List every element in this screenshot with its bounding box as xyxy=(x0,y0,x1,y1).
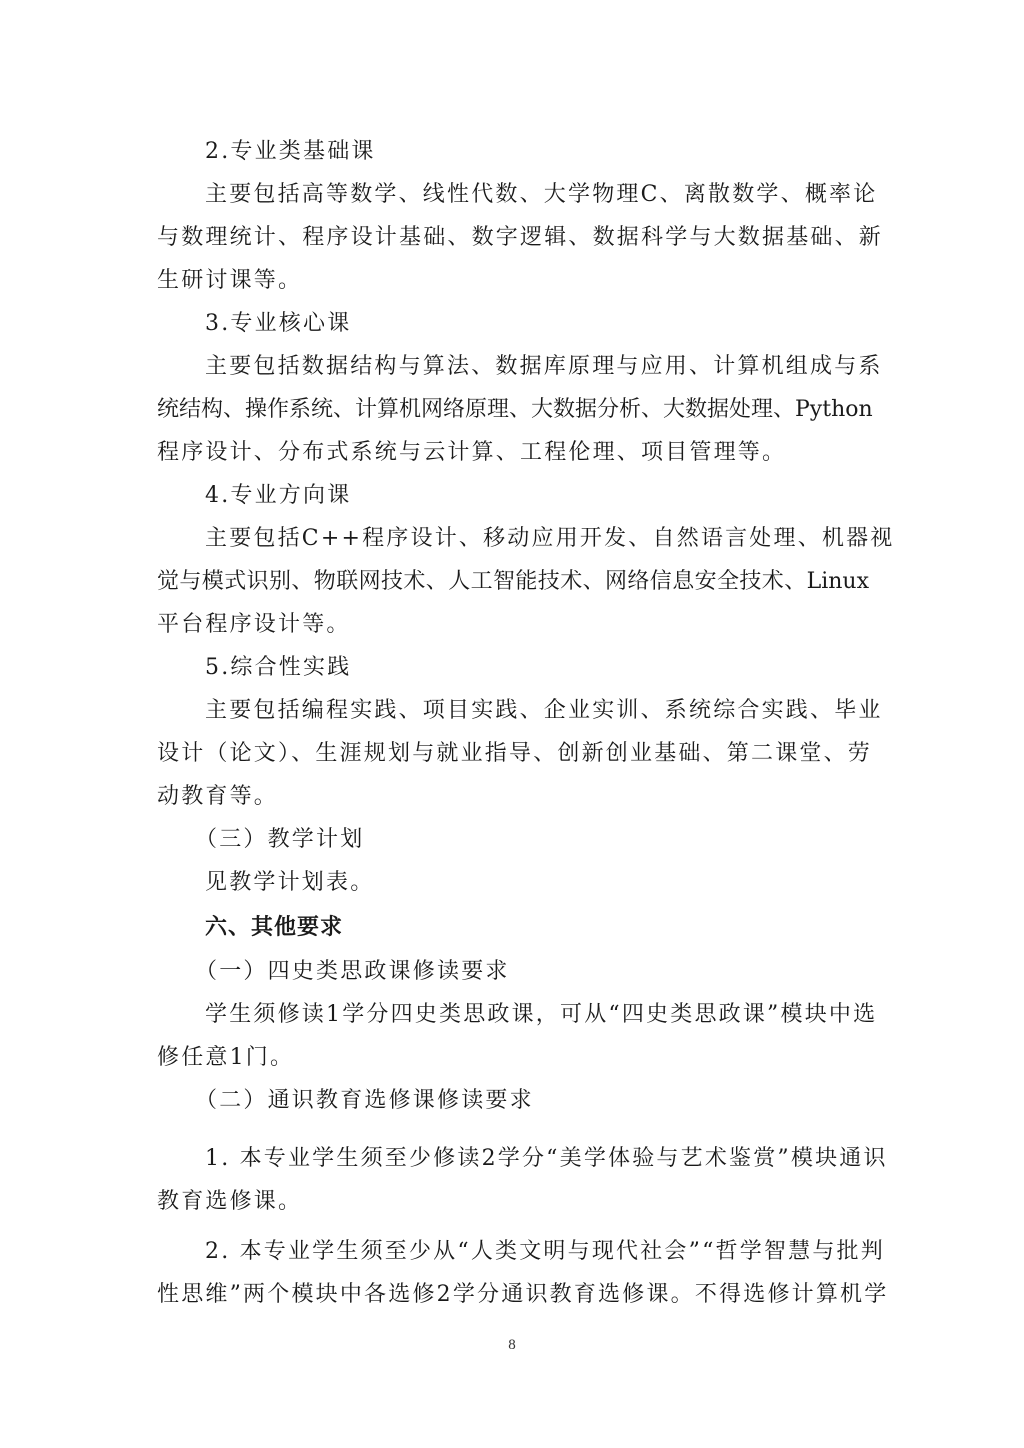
subsection-heading: （二）通识教育选修课修读要求 xyxy=(195,1086,907,1116)
paragraph-line: 见教学计划表。 xyxy=(205,868,869,898)
paragraph-line: 与数理统计、程序设计基础、数字逻辑、数据科学与大数据基础、新 xyxy=(157,223,869,253)
paragraph-line: 学生须修读1学分四史类思政课，可从“四史类思政课”模块中选 xyxy=(205,1000,869,1030)
document-page: 2.专业类基础课 主要包括高等数学、线性代数、大学物理C、离散数学、概率论 与数… xyxy=(0,0,1024,1448)
subsection-heading: （三）教学计划 xyxy=(195,825,907,855)
section-heading: 2.专业类基础课 xyxy=(205,137,869,167)
paragraph-line: 修任意1门。 xyxy=(157,1043,869,1073)
paragraph-line: 设计（论文）、生涯规划与就业指导、创新创业基础、第二课堂、劳 xyxy=(157,739,869,769)
section-heading: 5.综合性实践 xyxy=(205,653,869,683)
chapter-heading: 六、其他要求 xyxy=(205,913,869,943)
paragraph-line: 1. 本专业学生须至少修读2学分“美学体验与艺术鉴赏”模块通识 xyxy=(205,1144,869,1174)
section-heading: 3.专业核心课 xyxy=(205,309,869,339)
paragraph-line: 生研讨课等。 xyxy=(157,266,869,296)
paragraph-line: 程序设计、分布式系统与云计算、工程伦理、项目管理等。 xyxy=(157,438,869,468)
paragraph-line: 觉与模式识别、物联网技术、人工智能技术、网络信息安全技术、Linux xyxy=(157,567,869,597)
paragraph-line: 主要包括数据结构与算法、数据库原理与应用、计算机组成与系 xyxy=(205,352,869,382)
subsection-heading: （一）四史类思政课修读要求 xyxy=(195,957,907,987)
paragraph-line: 性思维”两个模块中各选修2学分通识教育选修课。不得选修计算机学 xyxy=(157,1280,869,1310)
paragraph-line: 教育选修课。 xyxy=(157,1187,869,1217)
paragraph-line: 2. 本专业学生须至少从“人类文明与现代社会”“哲学智慧与批判 xyxy=(205,1237,869,1267)
paragraph-line: 主要包括编程实践、项目实践、企业实训、系统综合实践、毕业 xyxy=(205,696,869,726)
page-number: 8 xyxy=(0,1337,1024,1354)
paragraph-line: 统结构、操作系统、计算机网络原理、大数据分析、大数据处理、Python xyxy=(157,395,869,425)
section-heading: 4.专业方向课 xyxy=(205,481,869,511)
paragraph-line: 主要包括高等数学、线性代数、大学物理C、离散数学、概率论 xyxy=(205,180,869,210)
paragraph-line: 主要包括C++程序设计、移动应用开发、自然语言处理、机器视 xyxy=(205,524,869,554)
paragraph-line: 平台程序设计等。 xyxy=(157,610,869,640)
paragraph-line: 动教育等。 xyxy=(157,782,869,812)
